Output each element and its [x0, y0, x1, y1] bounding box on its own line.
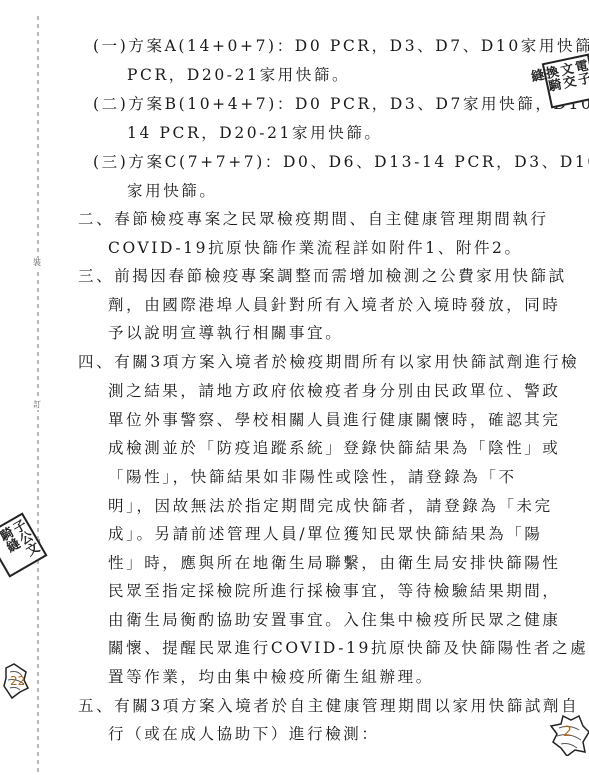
section-4-line-2: 測之結果，請地方政府依檢疫者身分別由民政單位、警政: [108, 381, 561, 401]
section-3-line-2: 劑，由國際港埠人員針對所有入境者於入境時發放，同時: [108, 295, 561, 315]
binding-dotted-line: [37, 16, 39, 775]
binding-mark-zhuang: 裝: [33, 258, 41, 268]
binding-mark-ding: 訂: [33, 400, 41, 410]
section-2-line-1: 二、春節檢疫專案之民眾檢疫期間、自主健康管理期間執行: [78, 209, 549, 229]
seam-seal-right: 2: [549, 712, 579, 750]
section-4-line-7: 成」。另請前述管理人員/單位獲知民眾快篩結果為「陽: [108, 524, 542, 544]
section-3-line-1: 三、前揭因春節檢疫專案調整而需增加檢測之公費家用快篩試: [78, 266, 567, 286]
section-4-line-12: 置等作業，均由集中檢疫所衛生組辦理。: [108, 667, 434, 687]
section-4-line-10: 由衛生局衡酌協助安置事宜。入住集中檢疫所民眾之健康: [108, 610, 561, 630]
sub-item-b-line-1: (二)方案B(10+4+7)：D0 PCR，D3、D7家用快篩，D10、D13-: [93, 94, 589, 114]
seal-right-number: 2: [563, 724, 572, 740]
seam-stamp-top-right: 電子文交換騎縫: [542, 54, 589, 109]
sub-item-a-line-2: PCR，D20-21家用快篩。: [127, 65, 350, 85]
section-4-line-1: 四、有關3項方案入境者於檢疫期間所有以家用快篩試劑進行檢: [78, 352, 579, 372]
section-5-line-1: 五、有關3項方案入境者於自主健康管理期間以家用快篩試劑自: [78, 696, 579, 716]
section-4-line-3: 單位外事警察、學校相關人員進行健康關懷時，確認其完: [108, 410, 561, 430]
seam-seal-left: 22: [2, 662, 32, 700]
section-4-line-8: 性」時，應與所在地衛生局聯繫，由衛生局安排快篩陽性: [108, 553, 561, 573]
section-4-line-9: 民眾至指定採檢院所進行採檢事宜，等待檢驗結果期間，: [108, 581, 561, 601]
seam-stamp-left: 子公文騎縫: [0, 512, 48, 577]
section-4-line-5: 「陽性」，快篩結果如非陽性或陰性，請登錄為「不: [108, 467, 517, 487]
section-4-line-11: 關懷、提醒民眾進行COVID-19抗原快篩及快篩陽性者之處: [108, 638, 588, 658]
sub-item-c-line-1: (三)方案C(7+7+7)：D0、D6、D13-14 PCR，D3、D10、D2…: [93, 152, 589, 172]
section-4-line-4: 成檢測並於「防疫追蹤系統」登錄快篩結果為「陰性」或: [108, 438, 561, 458]
sub-item-c-line-2: 家用快篩。: [127, 181, 218, 201]
sub-item-b-line-2: 14 PCR，D20-21家用快篩。: [127, 123, 383, 143]
seal-left-number: 22: [10, 674, 25, 688]
section-2-line-2: COVID-19抗原快篩作業流程詳如附件1、附件2。: [108, 238, 523, 258]
section-5-line-2: 行（或在成人協助下）進行檢測：: [108, 724, 380, 744]
section-3-line-3: 予以說明宣導執行相關事宜。: [108, 323, 343, 343]
sub-item-a-line-1: (一)方案A(14+0+7)：D0 PCR，D3、D7、D10家用快篩，D14: [93, 36, 589, 56]
section-4-line-6: 明」，因故無法於指定期間完成快篩者，請登錄為「未完: [108, 496, 553, 516]
